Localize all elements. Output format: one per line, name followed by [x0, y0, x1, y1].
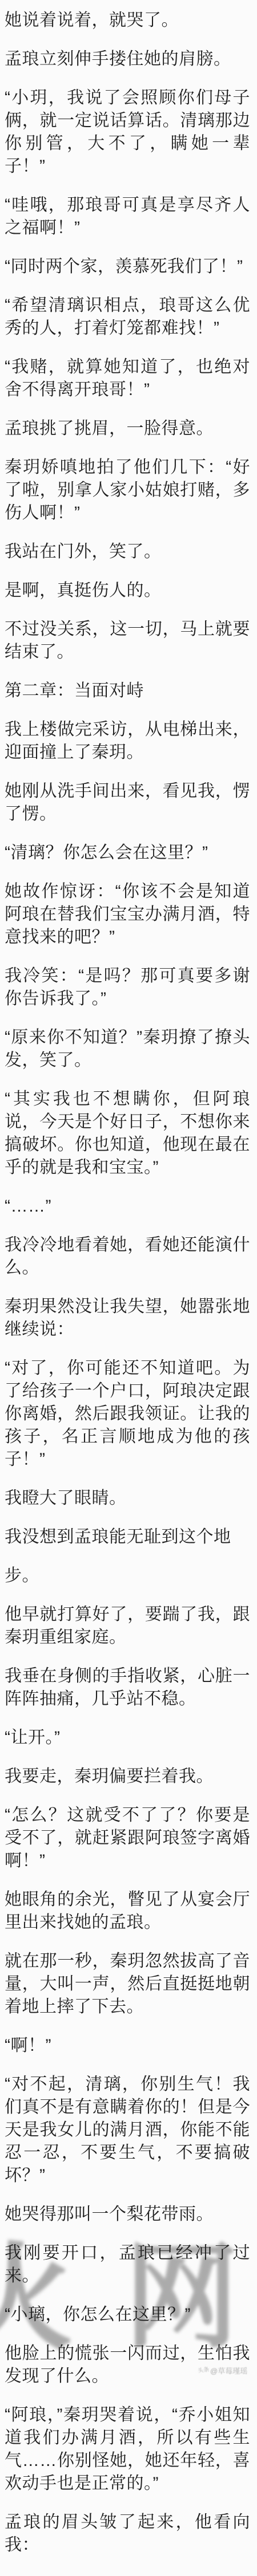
paragraph: “对不起，清璃，你别生气！我们真不是有意瞒着你的！但是今天是我女儿的满月酒，你能…: [5, 2073, 250, 2187]
paragraph: 孟琅的眉头皱了起来，他看向我：: [5, 2511, 250, 2557]
paragraph: 秦玥娇嗔地拍了他们几下：“好了啦，别拿人家小姑娘打赌，多伤人啊！”: [5, 456, 250, 525]
paragraph: “阿琅，”秦玥哭着说，“乔小姐知道我们办满月酒，所以有些生气……你别怪她，她还年…: [5, 2404, 250, 2495]
paragraph: 第二章：当面对峙: [5, 680, 250, 702]
paragraph: “我赌，就算她知道了，也绝对舍不得离开琅哥！”: [5, 356, 250, 401]
watermark-credit-prefix: 头条: [197, 2364, 210, 2375]
paragraph: “……”: [5, 1195, 250, 1218]
paragraph: 她哭得那叫一个梨花带雨。: [5, 2203, 250, 2226]
paragraph: 不过没关系，这一切，马上就要结束了。: [5, 618, 250, 664]
paragraph: “小玥，我说了会照顾你们母子俩，就一定说话算话。清璃那边你别管，大不了，瞒她一辈…: [5, 87, 250, 178]
paragraph: 我没想到孟琅能无耻到这个地: [5, 1526, 250, 1549]
paragraph: 秦玥果然没让我失望，她嚣张地继续说：: [5, 1295, 250, 1341]
paragraph: “啊！”: [5, 2034, 250, 2057]
watermark-credit: 头条@草莓瑾瑶: [198, 2365, 247, 2376]
paragraph: 我瞪大了眼睛。: [5, 1487, 250, 1510]
paragraph: 我垂在身侧的手指收紧，心脏一阵阵抽痛，几乎站不稳。: [5, 1665, 250, 1710]
paragraph: 孟琅挑了挑眉，一脸得意。: [5, 417, 250, 440]
paragraph: 我刚要开口，孟琅已经冲了过来。: [5, 2242, 250, 2287]
paragraph: 我冷冷地看着她，看她还能演什么。: [5, 1234, 250, 1279]
paragraph: “清璃？你怎么会在这里？”: [5, 842, 250, 864]
paragraph: 我站在门外，笑了。: [5, 541, 250, 563]
paragraph: “同时两个家，羡慕死我们了！”: [5, 255, 250, 278]
paragraph: 是啊，真挺伤人的。: [5, 579, 250, 602]
paragraph: 他早就打算好了，要踹了我，跟秦玥重组家庭。: [5, 1603, 250, 1649]
paragraph: “哇哦，那琅哥可真是享尽齐人之福啊！”: [5, 194, 250, 239]
paragraph: “希望清璃识相点，琅哥这么优秀的人，打着灯笼都难找！”: [5, 294, 250, 340]
novel-page: 火网 她说着说着，就哭了。孟琅立刻伸手搂住她的肩膀。“小玥，我说了会照顾你们母子…: [0, 0, 257, 2576]
paragraph: “对了，你可能还不知道吧。为了给孩子一个户口，阿琅决定跟你离婚，然后跟我领证。让…: [5, 1357, 250, 1471]
paragraph: “让开。”: [5, 1726, 250, 1749]
paragraph: 我要走，秦玥偏要拦着我。: [5, 1765, 250, 1788]
paragraph: 她故作惊讶：“你该不会是知道阿琅在替我们宝宝办满月酒，特意找来的吧？”: [5, 880, 250, 949]
paragraph: 步。: [5, 1565, 250, 1587]
paragraph: “怎么？这就受不了了？你要是受不了，就赶紧跟阿琅签字离婚啊！”: [5, 1804, 250, 1872]
paragraph: 她说着说着，就哭了。: [5, 9, 250, 32]
paragraph: 她刚从洗手间出来，看见我，愣了愣。: [5, 780, 250, 826]
paragraph: “原来你不知道？”秦玥撩了撩头发，笑了。: [5, 1026, 250, 1072]
paragraph: “其实我也不想瞒你，但阿琅说，今天是个好日子，不想你来搞破坏。你也知道，他现在最…: [5, 1088, 250, 1179]
paragraph: 她眼角的余光，瞥见了从宴会厅里出来找她的孟琅。: [5, 1888, 250, 1934]
watermark-credit-handle: @草莓瑾瑶: [210, 2367, 247, 2375]
paragraph: 就在那一秒，秦玥忽然拔高了音量，大叫一声，然后直挺挺地朝着地上摔了下去。: [5, 1950, 250, 2018]
paragraph: 我冷笑：“是吗？那可真要多谢你告诉我了。”: [5, 965, 250, 1010]
paragraph: 我上楼做完采访，从电梯出来，迎面撞上了秦玥。: [5, 718, 250, 764]
article: 她说着说着，就哭了。孟琅立刻伸手搂住她的肩膀。“小玥，我说了会照顾你们母子俩，就…: [0, 0, 257, 2576]
paragraph: “小璃，你怎么在这里？”: [5, 2303, 250, 2326]
paragraph: 孟琅立刻伸手搂住她的肩膀。: [5, 48, 250, 71]
